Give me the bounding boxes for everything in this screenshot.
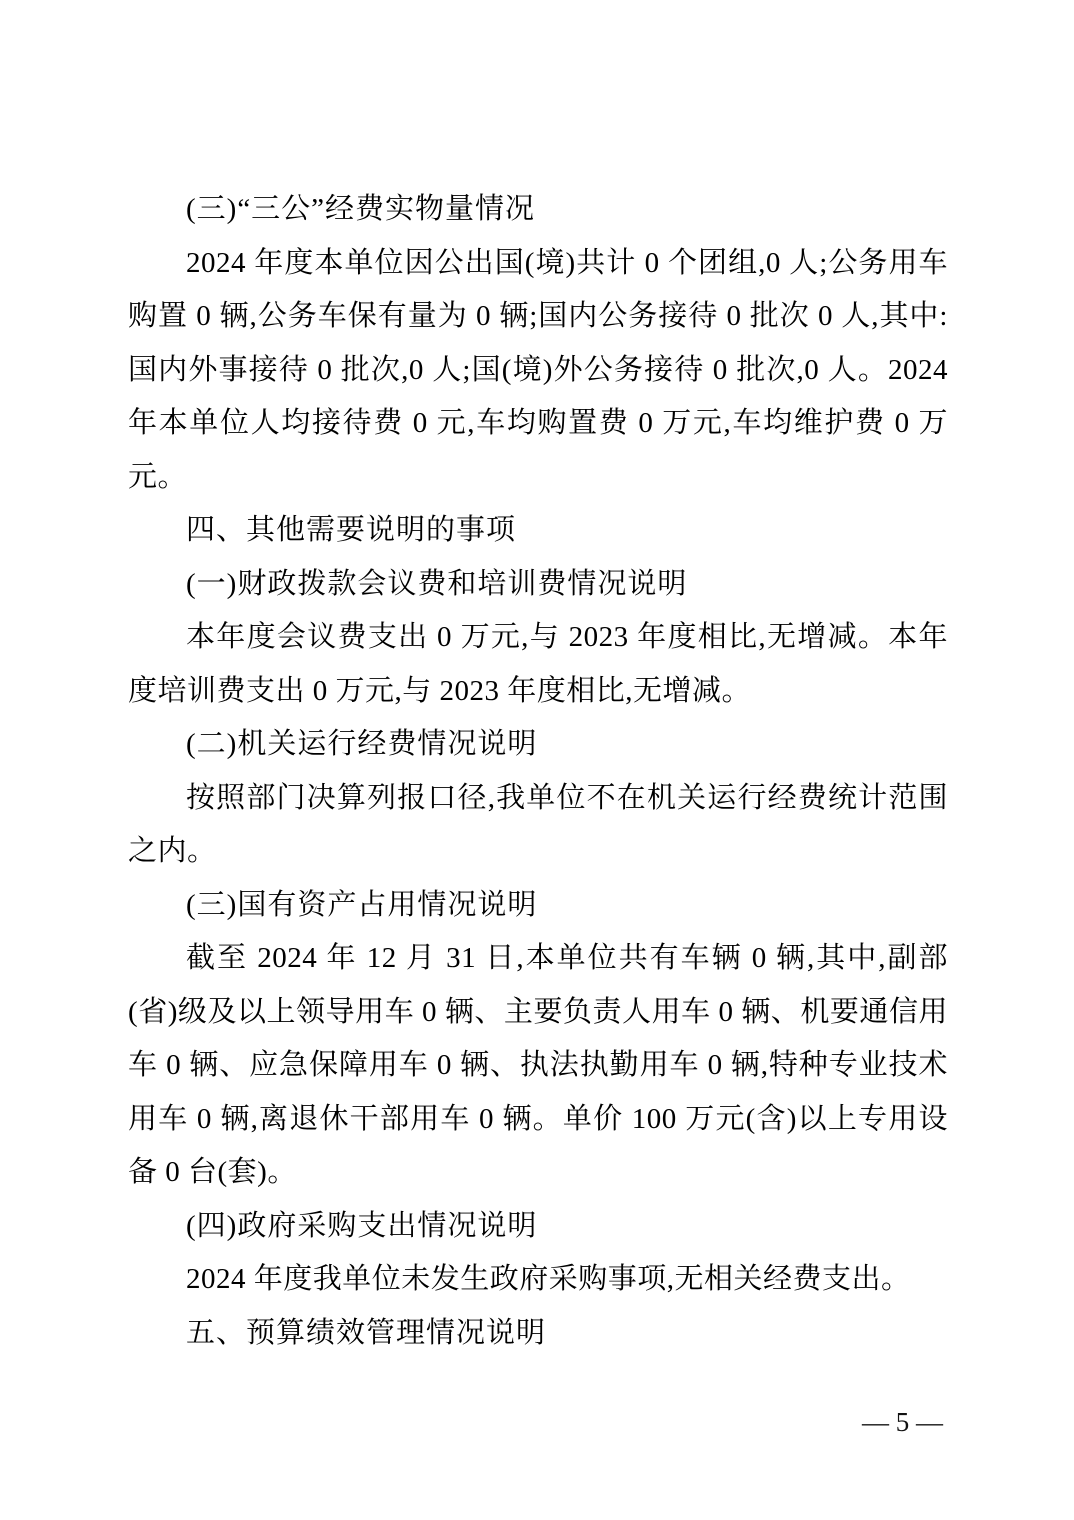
page-number: — 5 — [862,1402,943,1442]
paragraph-sangong-details: 2024 年度本单位因公出国(境)共计 0 个团组,0 人;公务用车购置 0 辆… [128,237,948,505]
document-page: (三)“三公”经费实物量情况 2024 年度本单位因公出国(境)共计 0 个团组… [0,0,1074,1520]
section-heading-operation-funds: (二)机关运行经费情况说明 [128,718,948,772]
section-heading-government-procurement: (四)政府采购支出情况说明 [128,1200,948,1254]
section-heading-four-other-matters: 四、其他需要说明的事项 [128,504,948,558]
section-heading-five-budget-performance: 五、预算绩效管理情况说明 [128,1307,948,1361]
document-body: (三)“三公”经费实物量情况 2024 年度本单位因公出国(境)共计 0 个团组… [128,183,948,1360]
section-heading-sangong-physical-quantity: (三)“三公”经费实物量情况 [128,183,948,237]
paragraph-state-assets-details: 截至 2024 年 12 月 31 日,本单位共有车辆 0 辆,其中,副部(省)… [128,932,948,1200]
paragraph-procurement-details: 2024 年度我单位未发生政府采购事项,无相关经费支出。 [128,1253,948,1307]
paragraph-meeting-training-details: 本年度会议费支出 0 万元,与 2023 年度相比,无增减。本年度培训费支出 0… [128,611,948,718]
paragraph-operation-details: 按照部门决算列报口径,我单位不在机关运行经费统计范围之内。 [128,772,948,879]
section-heading-meeting-training-fees: (一)财政拨款会议费和培训费情况说明 [128,558,948,612]
section-heading-state-assets: (三)国有资产占用情况说明 [128,879,948,933]
